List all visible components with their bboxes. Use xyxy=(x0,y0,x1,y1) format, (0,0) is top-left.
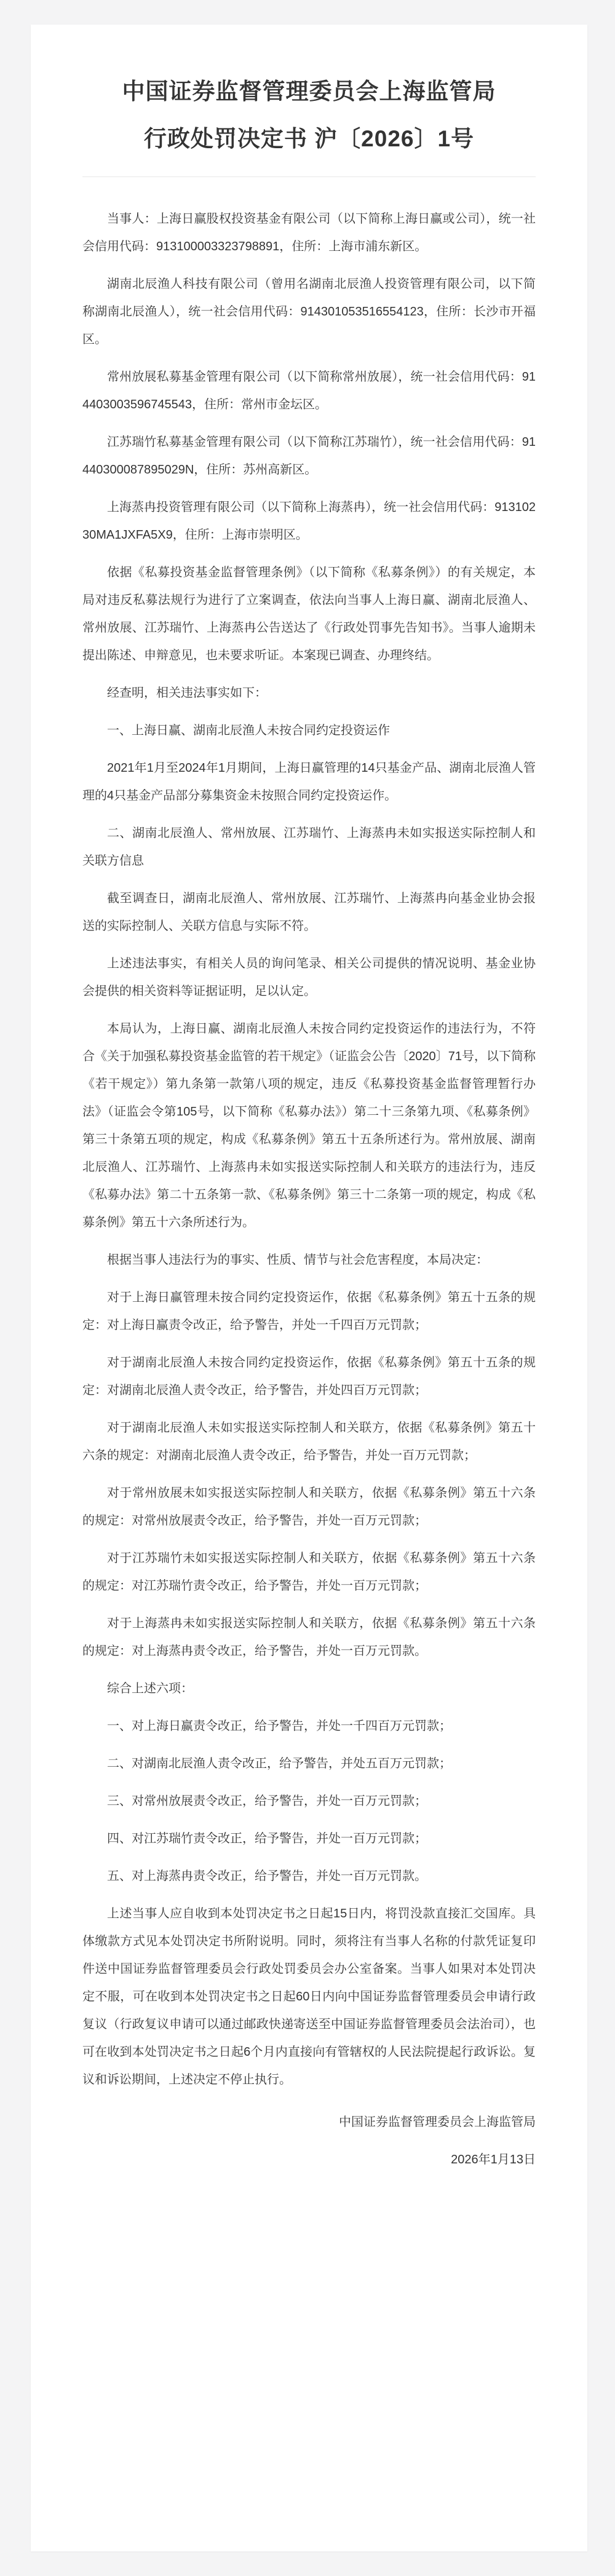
document-body: 当事人：上海日赢股权投资基金有限公司（以下简称上海日赢或公司），统一社会信用代码… xyxy=(82,205,536,2094)
document-content: 中国证券监督管理委员会上海监管局 行政处罚决定书 沪〔2026〕1号 当事人：上… xyxy=(31,25,587,2174)
issue-date: 2026年1月13日 xyxy=(82,2146,536,2174)
paragraph: 二、湖南北辰渔人、常州放展、江苏瑞竹、上海蒸冉未如实报送实际控制人和关联方信息 xyxy=(82,820,536,875)
paragraph: 上述违法事实，有相关人员的询问笔录、相关公司提供的情况说明、基金业协会提供的相关… xyxy=(82,950,536,1005)
paragraph: 湖南北辰渔人科技有限公司（曾用名湖南北辰渔人投资管理有限公司，以下简称湖南北辰渔… xyxy=(82,271,536,354)
paragraph: 依据《私募投资基金监督管理条例》（以下简称《私募条例》）的有关规定，本局对违反私… xyxy=(82,559,536,670)
paragraph: 五、对上海蒸冉责令改正，给予警告，并处一百万元罚款。 xyxy=(82,1863,536,1890)
paragraph: 2021年1月至2024年1月期间，上海日赢管理的14只基金产品、湖南北辰渔人管… xyxy=(82,755,536,810)
page-background: 中国证券监督管理委员会上海监管局 行政处罚决定书 沪〔2026〕1号 当事人：上… xyxy=(0,0,615,2576)
paragraph: 江苏瑞竹私募基金管理有限公司（以下简称江苏瑞竹），统一社会信用代码：914403… xyxy=(82,429,536,484)
paragraph: 本局认为，上海日赢、湖南北辰渔人未按合同约定投资运作的违法行为，不符合《关于加强… xyxy=(82,1015,536,1237)
paragraph: 一、对上海日赢责令改正，给予警告，并处一千四百万元罚款； xyxy=(82,1713,536,1740)
paragraph: 三、对常州放展责令改正，给予警告，并处一百万元罚款； xyxy=(82,1788,536,1815)
paragraph: 对于湖南北辰渔人未如实报送实际控制人和关联方，依据《私募条例》第五十六条的规定：… xyxy=(82,1414,536,1470)
paragraph: 截至调查日，湖南北辰渔人、常州放展、江苏瑞竹、上海蒸冉向基金业协会报送的实际控制… xyxy=(82,885,536,940)
paragraph: 对于上海蒸冉未如实报送实际控制人和关联方，依据《私募条例》第五十六条的规定：对上… xyxy=(82,1610,536,1665)
paragraph: 对于湖南北辰渔人未按合同约定投资运作，依据《私募条例》第五十五条的规定：对湖南北… xyxy=(82,1349,536,1405)
paragraph: 上述当事人应自收到本处罚决定书之日起15日内，将罚没款直接汇交国库。具体缴款方式… xyxy=(82,1900,536,2094)
issuer-signature: 中国证券监督管理委员会上海监管局 xyxy=(82,2109,536,2136)
title-divider xyxy=(82,176,536,177)
paragraph: 上海蒸冉投资管理有限公司（以下简称上海蒸冉），统一社会信用代码：91310230… xyxy=(82,494,536,549)
paragraph: 对于江苏瑞竹未如实报送实际控制人和关联方，依据《私募条例》第五十六条的规定：对江… xyxy=(82,1545,536,1600)
paragraph: 一、上海日赢、湖南北辰渔人未按合同约定投资运作 xyxy=(82,717,536,745)
paragraph: 综合上述六项： xyxy=(82,1675,536,1703)
paragraph: 二、对湖南北辰渔人责令改正，给予警告，并处五百万元罚款； xyxy=(82,1750,536,1778)
paragraph: 根据当事人违法行为的事实、性质、情节与社会危害程度，本局决定： xyxy=(82,1246,536,1274)
paragraph: 经查明，相关违法事实如下： xyxy=(82,680,536,707)
document-card: 中国证券监督管理委员会上海监管局 行政处罚决定书 沪〔2026〕1号 当事人：上… xyxy=(31,25,587,2551)
paragraph: 四、对江苏瑞竹责令改正，给予警告，并处一百万元罚款； xyxy=(82,1825,536,1853)
document-title-line2: 行政处罚决定书 沪〔2026〕1号 xyxy=(82,115,536,162)
paragraph: 对于上海日赢管理未按合同约定投资运作，依据《私募条例》第五十五条的规定：对上海日… xyxy=(82,1284,536,1339)
paragraph: 常州放展私募基金管理有限公司（以下简称常州放展），统一社会信用代码：914403… xyxy=(82,363,536,419)
paragraph: 当事人：上海日赢股权投资基金有限公司（以下简称上海日赢或公司），统一社会信用代码… xyxy=(82,205,536,261)
paragraph: 对于常州放展未如实报送实际控制人和关联方，依据《私募条例》第五十六条的规定：对常… xyxy=(82,1480,536,1535)
document-title-line1: 中国证券监督管理委员会上海监管局 xyxy=(82,68,536,115)
